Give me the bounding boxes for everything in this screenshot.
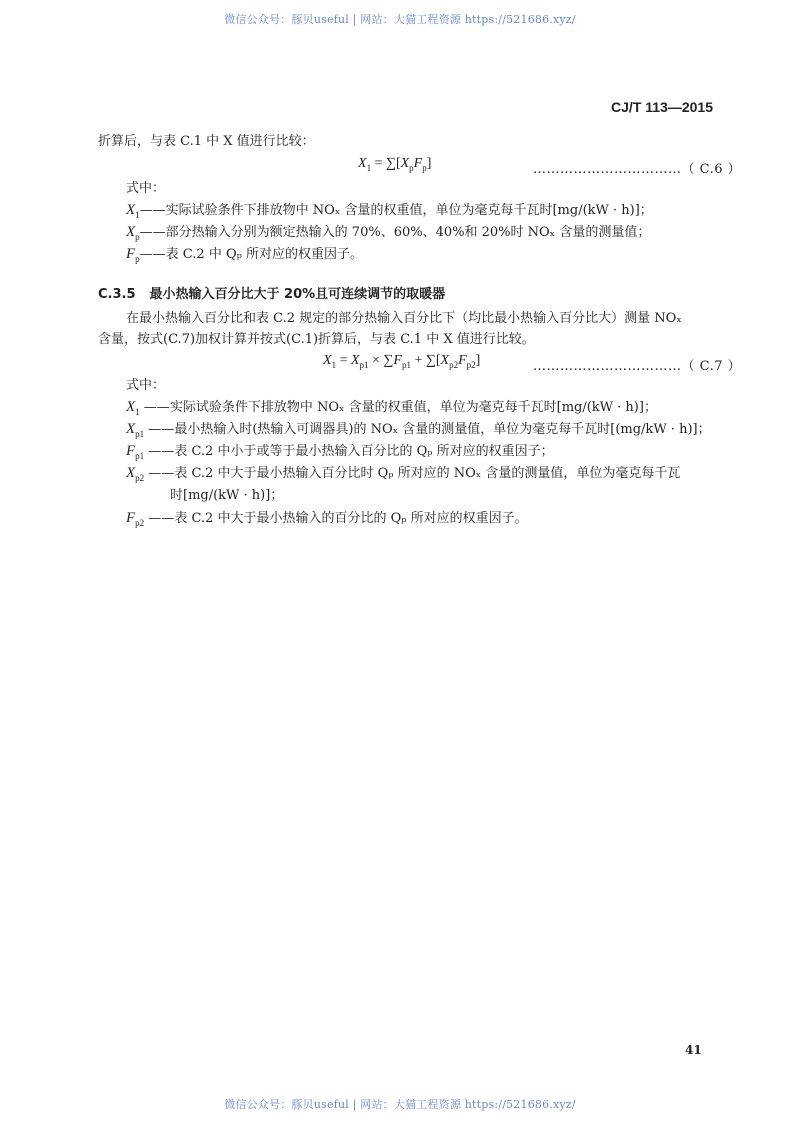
- watermark-bottom: 微信公众号：豚贝useful | 网站：大猫工程资源 https://52168…: [0, 1096, 800, 1112]
- c6-intro: 折算后，与表 C.1 中 X 值进行比较：: [98, 133, 315, 150]
- symbol-fp1: Fp1: [126, 443, 144, 459]
- c35-definition-fp1: Fp1 ——表 C.2 中小于或等于最小热输入百分比的 Qₚ 所对应的权重因子；: [126, 443, 554, 465]
- definition-text: 表 C.2 中大于最小热输入的百分比的 Qₚ 所对应的权重因子。: [174, 511, 527, 526]
- c6-definition-fp: Fp——表 C.2 中 Qₚ 所对应的权重因子。: [126, 246, 363, 268]
- section-heading-c35: C.3.5最小热输入百分比大于 20%且可连续调节的取暖器: [98, 283, 445, 302]
- dash: ——: [144, 444, 174, 459]
- dash: ——: [140, 247, 166, 262]
- definition-text: 实际试验条件下排放物中 NOₓ 含量的权重值，单位为毫克每千瓦时[mg/(kW …: [170, 400, 657, 415]
- dash: ——: [140, 203, 166, 218]
- symbol-fp: Fp: [126, 246, 140, 262]
- section-title: 最小热输入百分比大于 20%且可连续调节的取暖器: [150, 287, 446, 302]
- equation-c7-label: ……………………………（ C.7 ）: [533, 355, 741, 374]
- symbol-x1: X1: [126, 399, 140, 415]
- dash: ——: [144, 422, 174, 437]
- symbol-xp: Xp: [126, 224, 140, 240]
- equation-c7: X1 = Xp1 × ∑Fp1 + ∑[Xp2Fp2]: [323, 353, 480, 370]
- section-number: C.3.5: [98, 287, 136, 302]
- page-number: 41: [685, 1043, 702, 1057]
- symbol-xp1: Xp1: [126, 421, 144, 437]
- dash: ——: [144, 511, 174, 526]
- watermark-top: 微信公众号：豚贝useful | 网站：大猫工程资源 https://52168…: [0, 11, 800, 27]
- symbol-fp2: Fp2: [126, 510, 144, 526]
- c35-paragraph-line2: 含量，按式(C.7)加权计算并按式(C.1)折算后，与表 C.1 中 X 值进行…: [98, 331, 535, 348]
- dash: ——: [140, 400, 170, 415]
- c35-definition-x1: X1 ——实际试验条件下排放物中 NOₓ 含量的权重值，单位为毫克每千瓦时[mg…: [126, 399, 657, 421]
- dash: ——: [144, 466, 174, 481]
- c6-where-label: 式中：: [126, 180, 165, 197]
- c35-where-label: 式中：: [126, 377, 165, 394]
- definition-text: 表 C.2 中小于或等于最小热输入百分比的 Qₚ 所对应的权重因子；: [174, 444, 553, 459]
- c6-definition-x1: X1——实际试验条件下排放物中 NOₓ 含量的权重值，单位为毫克每千瓦时[mg/…: [126, 202, 653, 224]
- standard-number: CJ/T 113—2015: [611, 99, 713, 115]
- c35-definition-fp2: Fp2 ——表 C.2 中大于最小热输入的百分比的 Qₚ 所对应的权重因子。: [126, 510, 528, 532]
- definition-text: 表 C.2 中 Qₚ 所对应的权重因子。: [166, 247, 363, 262]
- c6-definition-xp: Xp——部分热输入分别为额定热输入的 70%、60%、40%和 20%时 NOₓ…: [126, 224, 650, 246]
- definition-text: 最小热输入时(热输入可调器具)的 NOₓ 含量的测量值，单位为毫克每千瓦时[(m…: [174, 422, 710, 437]
- c35-definition-xp2: Xp2 ——表 C.2 中大于最小热输入百分比时 Qₚ 所对应的 NOₓ 含量的…: [126, 465, 680, 487]
- c35-definition-xp2-continuation: 时[mg/(kW · h)]；: [170, 487, 283, 504]
- c35-definition-xp1: Xp1 ——最小热输入时(热输入可调器具)的 NOₓ 含量的测量值，单位为毫克每…: [126, 421, 711, 443]
- c35-paragraph-line1: 在最小热输入百分比和表 C.2 规定的部分热输入百分比下（均比最小热输入百分比大…: [126, 310, 682, 327]
- definition-text: 部分热输入分别为额定热输入的 70%、60%、40%和 20%时 NOₓ 含量的…: [166, 225, 651, 240]
- equation-c6: X1 = ∑[XpFp]: [358, 156, 431, 173]
- symbol-x1: X1: [126, 202, 140, 218]
- dash: ——: [140, 225, 166, 240]
- definition-text: 表 C.2 中大于最小热输入百分比时 Qₚ 所对应的 NOₓ 含量的测量值，单位…: [174, 466, 680, 481]
- equation-c6-label: ……………………………（ C.6 ）: [533, 158, 741, 177]
- symbol-xp2: Xp2: [126, 465, 144, 481]
- definition-text: 实际试验条件下排放物中 NOₓ 含量的权重值，单位为毫克每千瓦时[mg/(kW …: [166, 203, 653, 218]
